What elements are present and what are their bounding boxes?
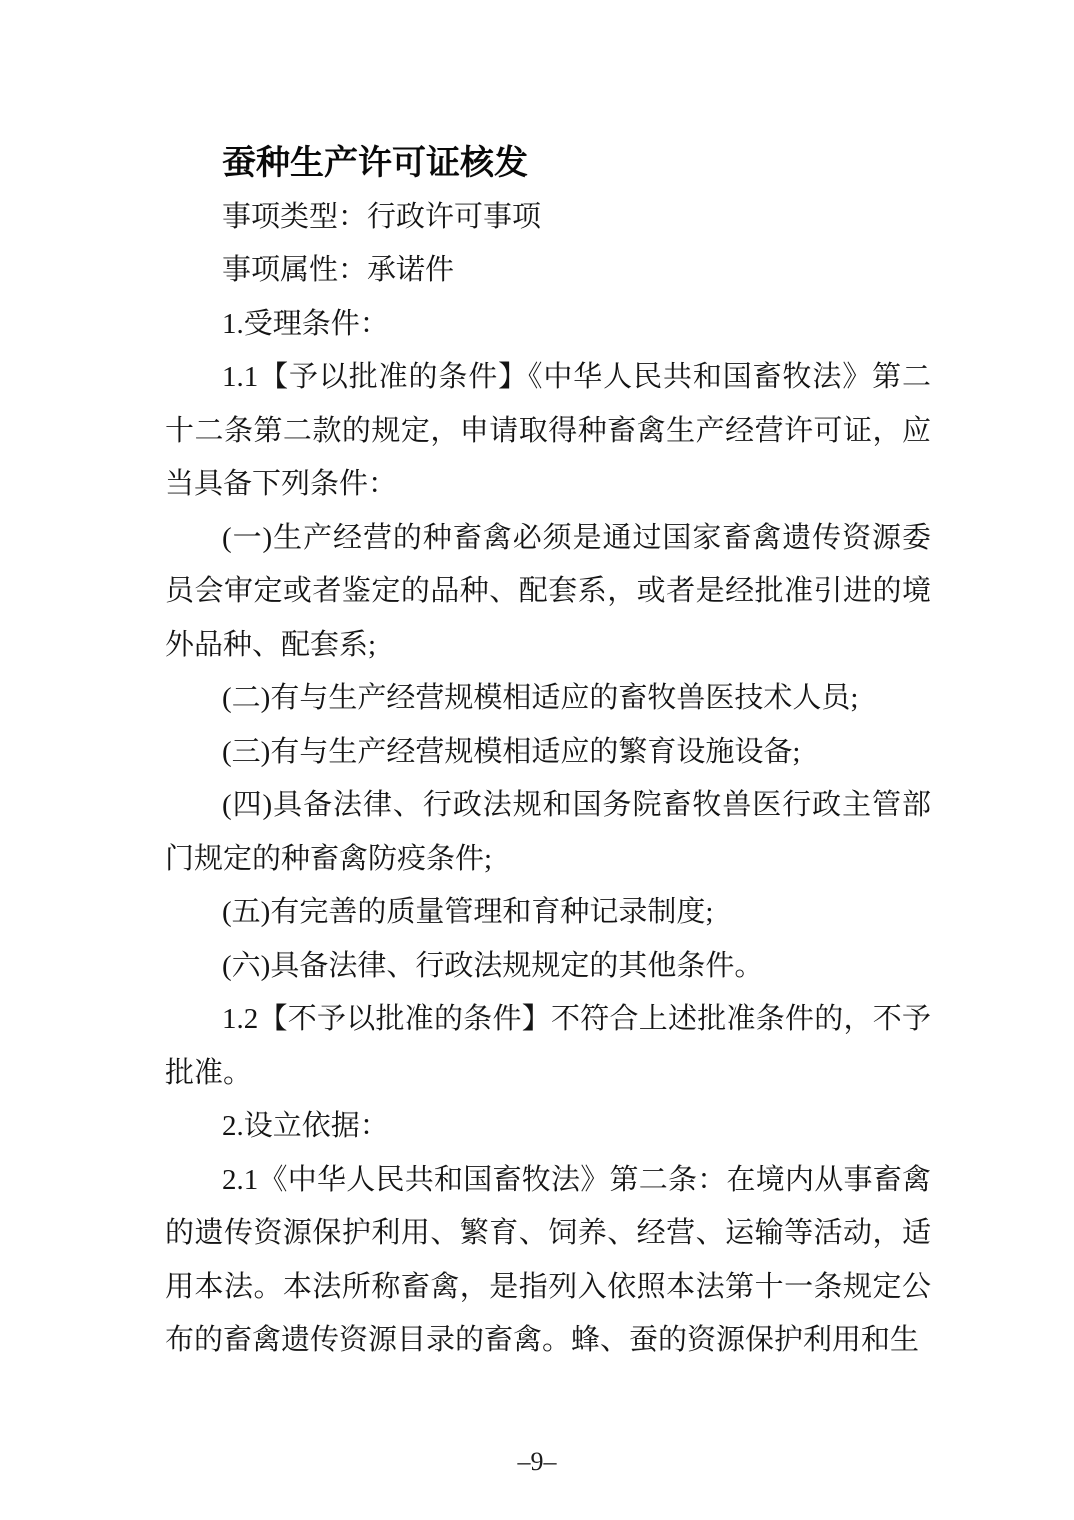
paragraph-item-type: 事项类型：行政许可事项	[165, 191, 931, 245]
paragraph-condition-1: (一)生产经营的种畜禽必须是通过国家畜禽遗传资源委员会审定或者鉴定的品种、配套系…	[165, 512, 931, 673]
document-page: 蚕种生产许可证核发 事项类型：行政许可事项 事项属性：承诺件 1.受理条件： 1…	[0, 0, 1074, 1520]
paragraph-legal-basis-citation: 2.1《中华人民共和国畜牧法》第二条：在境内从事畜禽的遗传资源保护利用、繁育、饲…	[165, 1154, 931, 1368]
document-body: 蚕种生产许可证核发 事项类型：行政许可事项 事项属性：承诺件 1.受理条件： 1…	[165, 137, 931, 1368]
paragraph-condition-6: (六)具备法律、行政法规规定的其他条件。	[165, 940, 931, 994]
paragraph-condition-4: (四)具备法律、行政法规和国务院畜牧兽医行政主管部门规定的种畜禽防疫条件;	[165, 779, 931, 886]
paragraph-item-attribute: 事项属性：承诺件	[165, 244, 931, 298]
paragraph-legal-basis-heading: 2.设立依据：	[165, 1100, 931, 1154]
document-title: 蚕种生产许可证核发	[165, 137, 931, 191]
paragraph-condition-5: (五)有完善的质量管理和育种记录制度;	[165, 886, 931, 940]
paragraph-acceptance-conditions-heading: 1.受理条件：	[165, 298, 931, 352]
paragraph-approval-conditions: 1.1【予以批准的条件】《中华人民共和国畜牧法》第二十二条第二款的规定，申请取得…	[165, 351, 931, 512]
paragraph-condition-2: (二)有与生产经营规模相适应的畜牧兽医技术人员;	[165, 672, 931, 726]
page-footer: –9–	[0, 1447, 1074, 1477]
paragraph-disapproval-conditions: 1.2【不予以批准的条件】不符合上述批准条件的，不予批准。	[165, 993, 931, 1100]
page-number: –9–	[518, 1447, 557, 1476]
paragraph-condition-3: (三)有与生产经营规模相适应的繁育设施设备;	[165, 726, 931, 780]
